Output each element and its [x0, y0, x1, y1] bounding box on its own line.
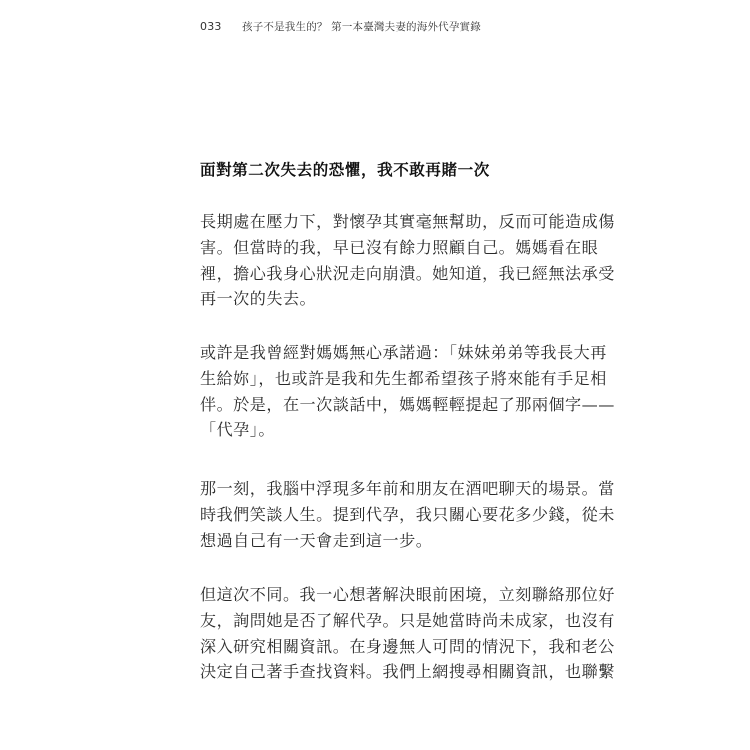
text-line: 再一次的失去。 — [200, 286, 570, 312]
text-line: 想過自己有一天會走到這一步。 — [200, 528, 570, 554]
text-line: 或許是我曾經對媽媽無心承諾過：「妹妹弟弟等我長大再 — [200, 340, 570, 366]
text-line: 但這次不同。我一心想著解決眼前困境，立刻聯絡那位好 — [200, 582, 570, 608]
text-line: 友，詢問她是否了解代孕。只是她當時尚未成家，也沒有 — [200, 608, 570, 634]
page-number: 033 — [200, 20, 242, 33]
text-line: 生給妳」，也或許是我和先生都希望孩子將來能有手足相 — [200, 366, 570, 392]
book-page: 033 孩子不是我生的？ 第一本臺灣夫妻的海外代孕實錄 面對第二次失去的恐懼，我… — [0, 0, 750, 750]
paragraph-2: 或許是我曾經對媽媽無心承諾過：「妹妹弟弟等我長大再 生給妳」，也或許是我和先生都… — [200, 340, 570, 443]
text-line: 伴。於是，在一次談話中，媽媽輕輕提起了那兩個字—— — [200, 392, 570, 418]
text-line: 深入研究相關資訊。在身邊無人可問的情況下，我和老公 — [200, 634, 570, 660]
text-line: 那一刻，我腦中浮現多年前和朋友在酒吧聊天的場景。當 — [200, 476, 570, 502]
paragraph-1: 長期處在壓力下，對懷孕其實毫無幫助，反而可能造成傷 害。但當時的我，早已沒有餘力… — [200, 209, 570, 312]
section-heading: 面對第二次失去的恐懼，我不敢再賭一次 — [200, 158, 490, 182]
text-line: 害。但當時的我，早已沒有餘力照顧自己。媽媽看在眼 — [200, 235, 570, 261]
paragraph-3: 那一刻，我腦中浮現多年前和朋友在酒吧聊天的場景。當 時我們笑談人生。提到代孕，我… — [200, 476, 570, 553]
text-line: 裡，擔心我身心狀況走向崩潰。她知道，我已經無法承受 — [200, 261, 570, 287]
text-line: 長期處在壓力下，對懷孕其實毫無幫助，反而可能造成傷 — [200, 209, 570, 235]
paragraph-4: 但這次不同。我一心想著解決眼前困境，立刻聯絡那位好 友，詢問她是否了解代孕。只是… — [200, 582, 570, 685]
text-line: 時我們笑談人生。提到代孕，我只關心要花多少錢，從未 — [200, 502, 570, 528]
book-title: 孩子不是我生的？ 第一本臺灣夫妻的海外代孕實錄 — [242, 19, 481, 34]
text-line: 決定自己著手查找資料。我們上網搜尋相關資訊，也聯繫 — [200, 659, 570, 685]
running-header: 033 孩子不是我生的？ 第一本臺灣夫妻的海外代孕實錄 — [200, 17, 481, 35]
text-line: 「代孕」。 — [200, 417, 570, 443]
